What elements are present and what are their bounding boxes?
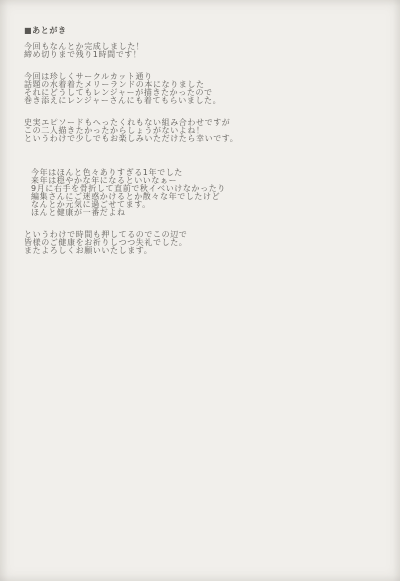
text-line: というわけで少しでもお楽しみいただけたら幸いです。 xyxy=(24,135,238,143)
paragraph: 今年はほんと色々ありすぎる1年でした来年は穏やかな年になるといいなぁー9月に右手… xyxy=(31,169,238,217)
paragraphs: 今回もなんとか完成しました！締め切りまで残り1時間です！今回は珍しくサークルカッ… xyxy=(24,43,238,255)
paragraph: というわけで時間も押してるのでこの辺で皆様のご健康をお祈りしつつ失礼でした。また… xyxy=(24,231,238,255)
afterword-text-block: ■あとがき 今回もなんとか完成しました！締め切りまで残り1時間です！今回は珍しく… xyxy=(24,27,238,269)
paragraph: 今回は珍しくサークルカット通り話題の水着着たメリーランドの本になりましたそれにど… xyxy=(24,73,238,105)
text-line: 締め切りまで残り1時間です！ xyxy=(24,51,238,59)
paragraph: 史実エピソードもへったくれもない組み合わせですがこの二人描きたかったからしょうが… xyxy=(24,119,238,143)
text-line: またよろしくお願いいたします。 xyxy=(24,247,238,255)
text-line: 巻き添えにレンジャーさんにも着てもらいました。 xyxy=(24,97,238,105)
afterword-heading: ■あとがき xyxy=(24,27,238,35)
paragraph: 今回もなんとか完成しました！締め切りまで残り1時間です！ xyxy=(24,43,238,59)
text-line: ほんと健康が一番だよね xyxy=(31,209,238,217)
document-page: ■あとがき 今回もなんとか完成しました！締め切りまで残り1時間です！今回は珍しく… xyxy=(0,0,400,581)
